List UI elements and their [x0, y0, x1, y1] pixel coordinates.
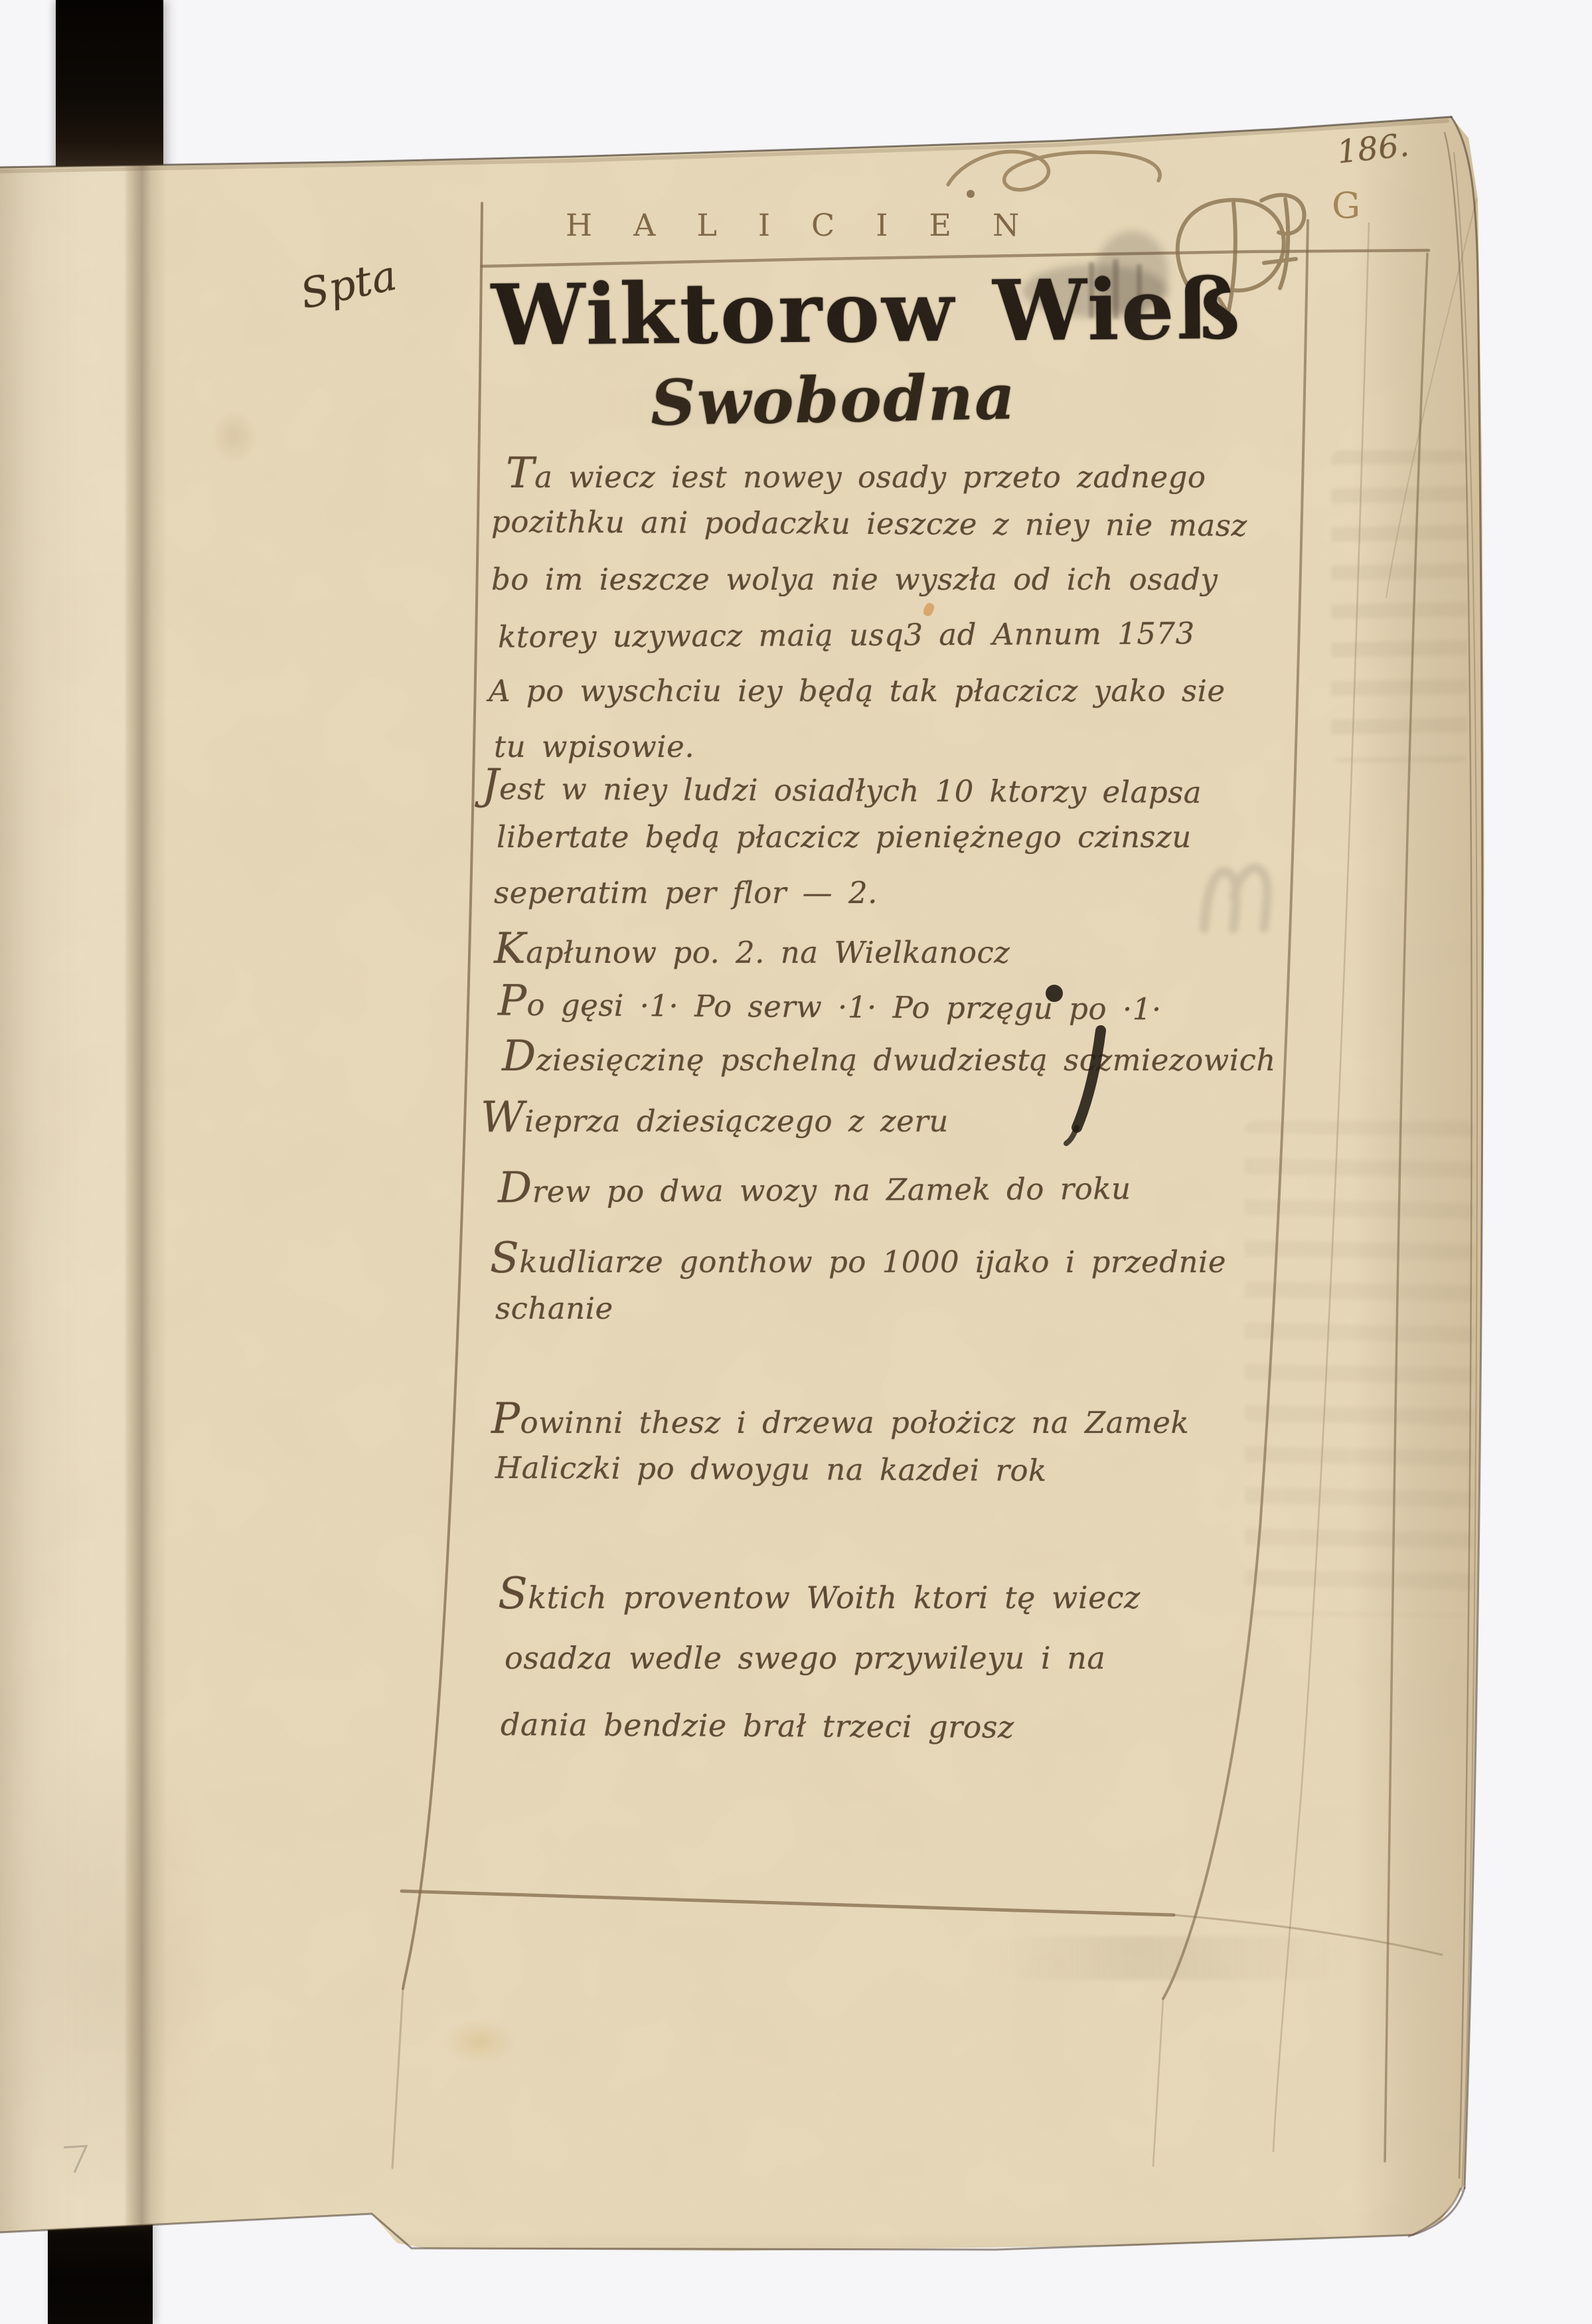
manuscript-page: HALICIEN 186. G Spta Wiktorow Wieß Swobo… — [0, 0, 1592, 2324]
paper-grain — [0, 0, 1592, 2324]
book-strap-top — [56, 0, 163, 173]
manuscript-scan: HALICIEN 186. G Spta Wiktorow Wieß Swobo… — [0, 0, 1592, 2324]
book-strap-bottom — [48, 2215, 153, 2324]
